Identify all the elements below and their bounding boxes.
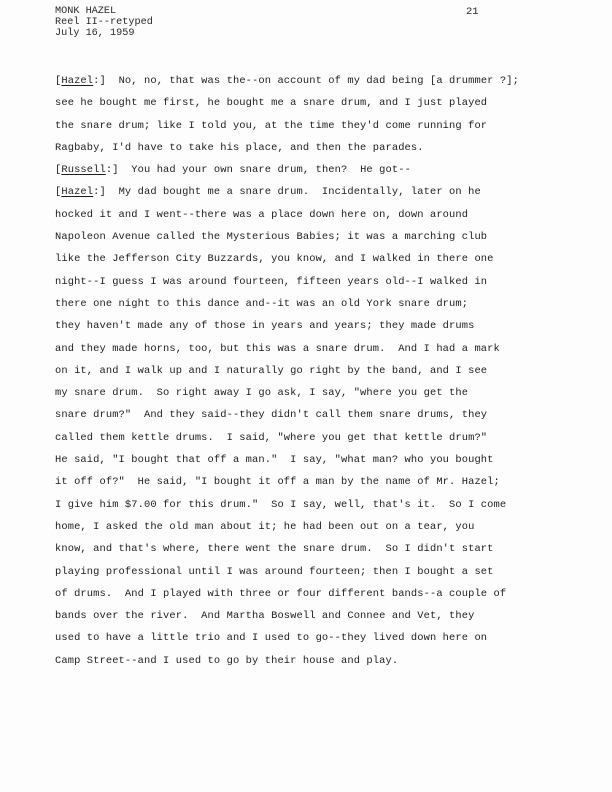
transcript-line: know, and that's where, there went the s…	[55, 538, 595, 560]
speaker-label: [Russell:]	[55, 164, 131, 176]
transcript-text: my snare drum. So right away I go ask, I…	[55, 387, 468, 399]
transcript-text: I give him $7.00 for this drum." So I sa…	[55, 499, 506, 511]
transcript-line: on it, and I walk up and I naturally go …	[55, 360, 595, 382]
transcript-line: my snare drum. So right away I go ask, I…	[55, 382, 595, 404]
transcript-line: playing professional until I was around …	[55, 561, 595, 583]
transcript-line: Camp Street--and I used to go by their h…	[55, 650, 595, 672]
interview-date: July 16, 1959	[55, 28, 153, 39]
transcript-text: it off of?" He said, "I bought it off a …	[55, 476, 500, 488]
transcript-text: He said, "I bought that off a man." I sa…	[55, 454, 494, 466]
transcript-text: No, no, that was the--on account of my d…	[119, 75, 519, 87]
transcript-line: I give him $7.00 for this drum." So I sa…	[55, 494, 595, 516]
transcript-text: used to have a little trio and I used to…	[55, 632, 487, 644]
transcript-line: Ragbaby, I'd have to take his place, and…	[55, 137, 595, 159]
transcript-text: Camp Street--and I used to go by their h…	[55, 655, 398, 667]
transcript-line: like the Jefferson City Buzzards, you kn…	[55, 248, 595, 270]
transcript-line: of drums. And I played with three or fou…	[55, 583, 595, 605]
transcript-text: snare drum?" And they said--they didn't …	[55, 409, 487, 421]
transcript-body: [Hazel:] No, no, that was the--on accoun…	[55, 70, 595, 672]
transcript-line: He said, "I bought that off a man." I sa…	[55, 449, 595, 471]
transcript-line: they haven't made any of those in years …	[55, 315, 595, 337]
transcript-text: My dad bought me a snare drum. Incidenta…	[119, 186, 481, 198]
transcript-line: snare drum?" And they said--they didn't …	[55, 404, 595, 426]
speaker-label: [Hazel:]	[55, 186, 119, 198]
transcript-line: called them kettle drums. I said, "where…	[55, 427, 595, 449]
transcript-line: used to have a little trio and I used to…	[55, 627, 595, 649]
transcript-text: called them kettle drums. I said, "where…	[55, 432, 487, 444]
transcript-text: know, and that's where, there went the s…	[55, 543, 494, 555]
speaker-label: [Hazel:]	[55, 75, 119, 87]
page-header: MONK HAZEL Reel II--retyped July 16, 195…	[55, 6, 153, 39]
transcript-line: Napoleon Avenue called the Mysterious Ba…	[55, 226, 595, 248]
transcript-line: home, I asked the old man about it; he h…	[55, 516, 595, 538]
transcript-text: Ragbaby, I'd have to take his place, and…	[55, 142, 424, 154]
transcript-line: bands over the river. And Martha Boswell…	[55, 605, 595, 627]
transcript-line: there one night to this dance and--it wa…	[55, 293, 595, 315]
transcript-line: [Russell:] You had your own snare drum, …	[55, 159, 595, 181]
transcript-text: they haven't made any of those in years …	[55, 320, 474, 332]
transcript-line: [Hazel:] No, no, that was the--on accoun…	[55, 70, 595, 92]
transcript-text: Napoleon Avenue called the Mysterious Ba…	[55, 231, 487, 243]
transcript-line: night--I guess I was around fourteen, fi…	[55, 271, 595, 293]
transcript-line: it off of?" He said, "I bought it off a …	[55, 471, 595, 493]
transcript-text: the snare drum; like I told you, at the …	[55, 120, 487, 132]
transcript-text: You had your own snare drum, then? He go…	[131, 164, 411, 176]
transcript-text: bands over the river. And Martha Boswell…	[55, 610, 474, 622]
transcript-text: hocked it and I went--there was a place …	[55, 209, 468, 221]
reel-label: Reel II--retyped	[55, 17, 153, 28]
transcript-text: of drums. And I played with three or fou…	[55, 588, 506, 600]
transcript-line: and they made horns, too, but this was a…	[55, 338, 595, 360]
transcript-line: see he bought me first, he bought me a s…	[55, 92, 595, 114]
interviewee-name: MONK HAZEL	[55, 6, 153, 17]
transcript-text: there one night to this dance and--it wa…	[55, 298, 468, 310]
transcript-text: night--I guess I was around fourteen, fi…	[55, 276, 487, 288]
page-number: 21	[466, 6, 479, 18]
transcript-line: the snare drum; like I told you, at the …	[55, 115, 595, 137]
transcript-text: playing professional until I was around …	[55, 566, 494, 578]
transcript-text: home, I asked the old man about it; he h…	[55, 521, 474, 533]
transcript-page: MONK HAZEL Reel II--retyped July 16, 195…	[0, 0, 612, 792]
transcript-line: [Hazel:] My dad bought me a snare drum. …	[55, 181, 595, 203]
transcript-text: like the Jefferson City Buzzards, you kn…	[55, 253, 494, 265]
transcript-text: and they made horns, too, but this was a…	[55, 343, 500, 355]
transcript-text: on it, and I walk up and I naturally go …	[55, 365, 487, 377]
transcript-text: see he bought me first, he bought me a s…	[55, 97, 487, 109]
transcript-line: hocked it and I went--there was a place …	[55, 204, 595, 226]
